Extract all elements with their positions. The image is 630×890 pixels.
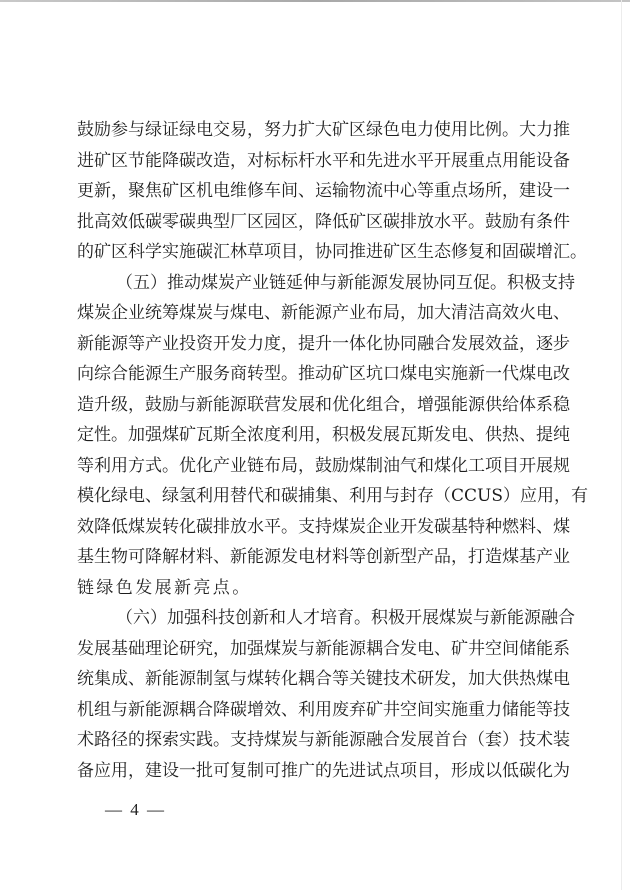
document-page: 鼓励参与绿证绿电交易，努力扩大矿区绿色电力使用比例。大力推 进矿区节能降碳改造，… bbox=[77, 115, 544, 786]
text-line: 鼓励参与绿证绿电交易，努力扩大矿区绿色电力使用比例。大力推 bbox=[77, 115, 544, 146]
page-top-edge bbox=[0, 0, 630, 2]
text-line: 定性。加强煤矿瓦斯全浓度利用，积极发展瓦斯发电、供热、提纯 bbox=[77, 420, 544, 451]
text-line: 模化绿电、绿氢利用替代和碳捕集、利用与封存（CCUS）应用，有 bbox=[77, 481, 544, 512]
paragraph-continuation: 鼓励参与绿证绿电交易，努力扩大矿区绿色电力使用比例。大力推 进矿区节能降碳改造，… bbox=[77, 115, 544, 268]
text-line: 机组与新能源耦合降碳增效、利用废弃矿井空间实施重力储能等技 bbox=[77, 695, 544, 726]
page-number: — 4 — bbox=[105, 800, 166, 820]
text-line: 煤炭企业统筹煤炭与煤电、新能源产业布局，加大清洁高效火电、 bbox=[77, 298, 544, 329]
text-line: 新能源等产业投资开发力度，提升一体化协同融合发展效益，逐步 bbox=[77, 329, 544, 360]
section-5-heading-line: （五）推动煤炭产业链延伸与新能源发展协同互促。积极支持 bbox=[77, 268, 544, 299]
text-line: 统集成、新能源制氢与煤转化耦合等关键技术研发，加大供热煤电 bbox=[77, 664, 544, 695]
section-6-heading-line: （六）加强科技创新和人才培育。积极开展煤炭与新能源融合 bbox=[77, 603, 544, 634]
text-line: 进矿区节能降碳改造，对标标杆水平和先进水平开展重点用能设备 bbox=[77, 146, 544, 177]
text-line: 更新，聚焦矿区机电维修车间、运输物流中心等重点场所，建设一 bbox=[77, 176, 544, 207]
text-line: 向综合能源生产服务商转型。推动矿区坑口煤电实施新一代煤电改 bbox=[77, 359, 544, 390]
text-line: 链绿色发展新亮点。 bbox=[77, 573, 544, 604]
text-line: 发展基础理论研究，加强煤炭与新能源耦合发电、矿井空间储能系 bbox=[77, 634, 544, 665]
text-line: 的矿区科学实施碳汇林草项目，协同推进矿区生态修复和固碳增汇。 bbox=[77, 237, 544, 268]
text-line: 等利用方式。优化产业链布局，鼓励煤制油气和煤化工项目开展规 bbox=[77, 451, 544, 482]
paragraph-section-5: （五）推动煤炭产业链延伸与新能源发展协同互促。积极支持 煤炭企业统筹煤炭与煤电、… bbox=[77, 268, 544, 604]
text-line: 批高效低碳零碳典型厂区园区，降低矿区碳排放水平。鼓励有条件 bbox=[77, 207, 544, 238]
text-line: 术路径的探索实践。支持煤炭与新能源融合发展首台（套）技术装 bbox=[77, 725, 544, 756]
text-line: 备应用，建设一批可复制可推广的先进试点项目，形成以低碳化为 bbox=[77, 756, 544, 787]
text-line: 效降低煤炭转化碳排放水平。支持煤炭企业开发碳基特种燃料、煤 bbox=[77, 512, 544, 543]
text-line: 造升级，鼓励与新能源联营发展和优化组合，增强能源供给体系稳 bbox=[77, 390, 544, 421]
page-right-edge bbox=[621, 0, 622, 890]
paragraph-section-6: （六）加强科技创新和人才培育。积极开展煤炭与新能源融合 发展基础理论研究，加强煤… bbox=[77, 603, 544, 786]
text-line: 基生物可降解材料、新能源发电材料等创新型产品，打造煤基产业 bbox=[77, 542, 544, 573]
